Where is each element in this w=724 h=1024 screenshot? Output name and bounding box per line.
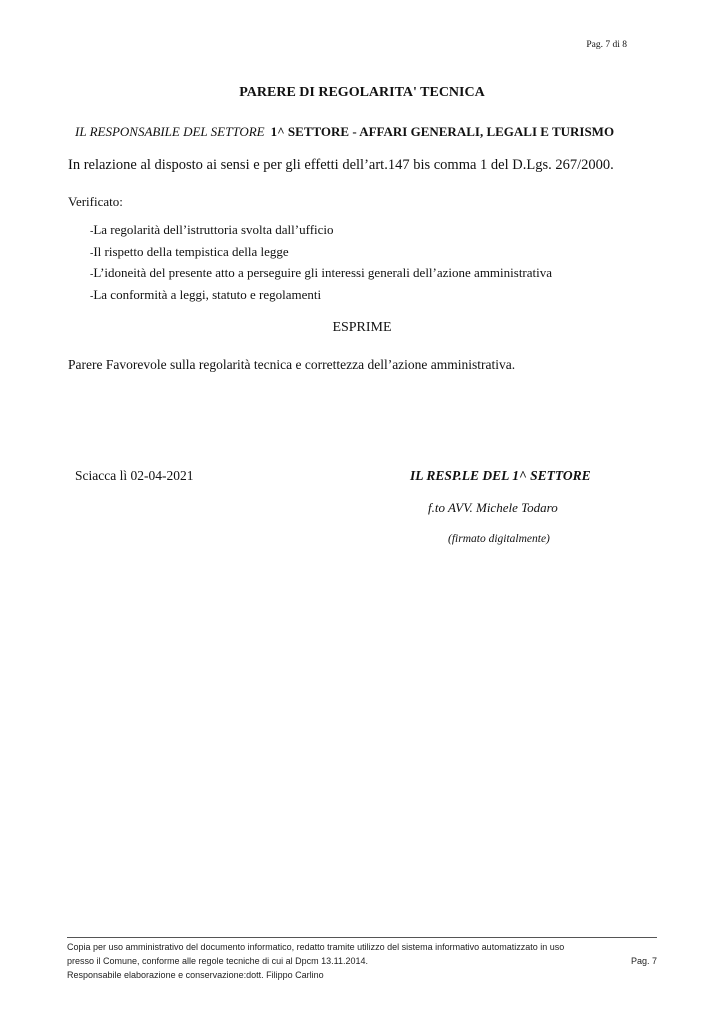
verification-checklist: La regolarità dell’istruttoria svolta da… bbox=[90, 220, 552, 306]
place-date: Sciacca lì 02-04-2021 bbox=[75, 468, 193, 484]
checklist-item: La conformità a leggi, statuto e regolam… bbox=[90, 285, 552, 307]
checklist-item: L’idoneità del presente atto a perseguir… bbox=[90, 263, 552, 285]
verificato-label: Verificato: bbox=[68, 194, 123, 210]
page-counter: Pag. 7 di 8 bbox=[586, 40, 627, 50]
footer-text-1: Copia per uso amministrativo del documen… bbox=[67, 940, 564, 954]
settore-name: 1^ SETTORE - AFFARI GENERALI, LEGALI E T… bbox=[271, 124, 614, 139]
checklist-item: Il rispetto della tempistica della legge bbox=[90, 242, 552, 264]
responsabile-role: IL RESPONSABILE DEL SETTORE bbox=[75, 124, 265, 139]
footer-divider bbox=[67, 937, 657, 938]
footer-text-3: Responsabile elaborazione e conservazion… bbox=[67, 968, 324, 982]
signature-title: IL RESP.LE DEL 1^ SETTORE bbox=[410, 468, 591, 484]
responsabile-line: IL RESPONSABILE DEL SETTORE1^ SETTORE - … bbox=[75, 124, 614, 140]
intro-paragraph: In relazione al disposto ai sensi e per … bbox=[68, 157, 648, 174]
esprime-heading: ESPRIME bbox=[0, 320, 724, 336]
footer-page-number: Pag. 7 bbox=[631, 954, 657, 968]
signature-name: f.to AVV. Michele Todaro bbox=[428, 500, 558, 516]
checklist-item: La regolarità dell’istruttoria svolta da… bbox=[90, 220, 552, 242]
footer-text-2: presso il Comune, conforme alle regole t… bbox=[67, 954, 368, 968]
footer-line-2: presso il Comune, conforme alle regole t… bbox=[67, 954, 657, 968]
document-title: PARERE DI REGOLARITA' TECNICA bbox=[0, 85, 724, 101]
footer: Copia per uso amministrativo del documen… bbox=[67, 940, 657, 982]
parere-statement: Parere Favorevole sulla regolarità tecni… bbox=[68, 357, 515, 373]
signature-note: (firmato digitalmente) bbox=[448, 533, 550, 545]
footer-line-1: Copia per uso amministrativo del documen… bbox=[67, 940, 657, 954]
footer-line-3: Responsabile elaborazione e conservazion… bbox=[67, 968, 657, 982]
